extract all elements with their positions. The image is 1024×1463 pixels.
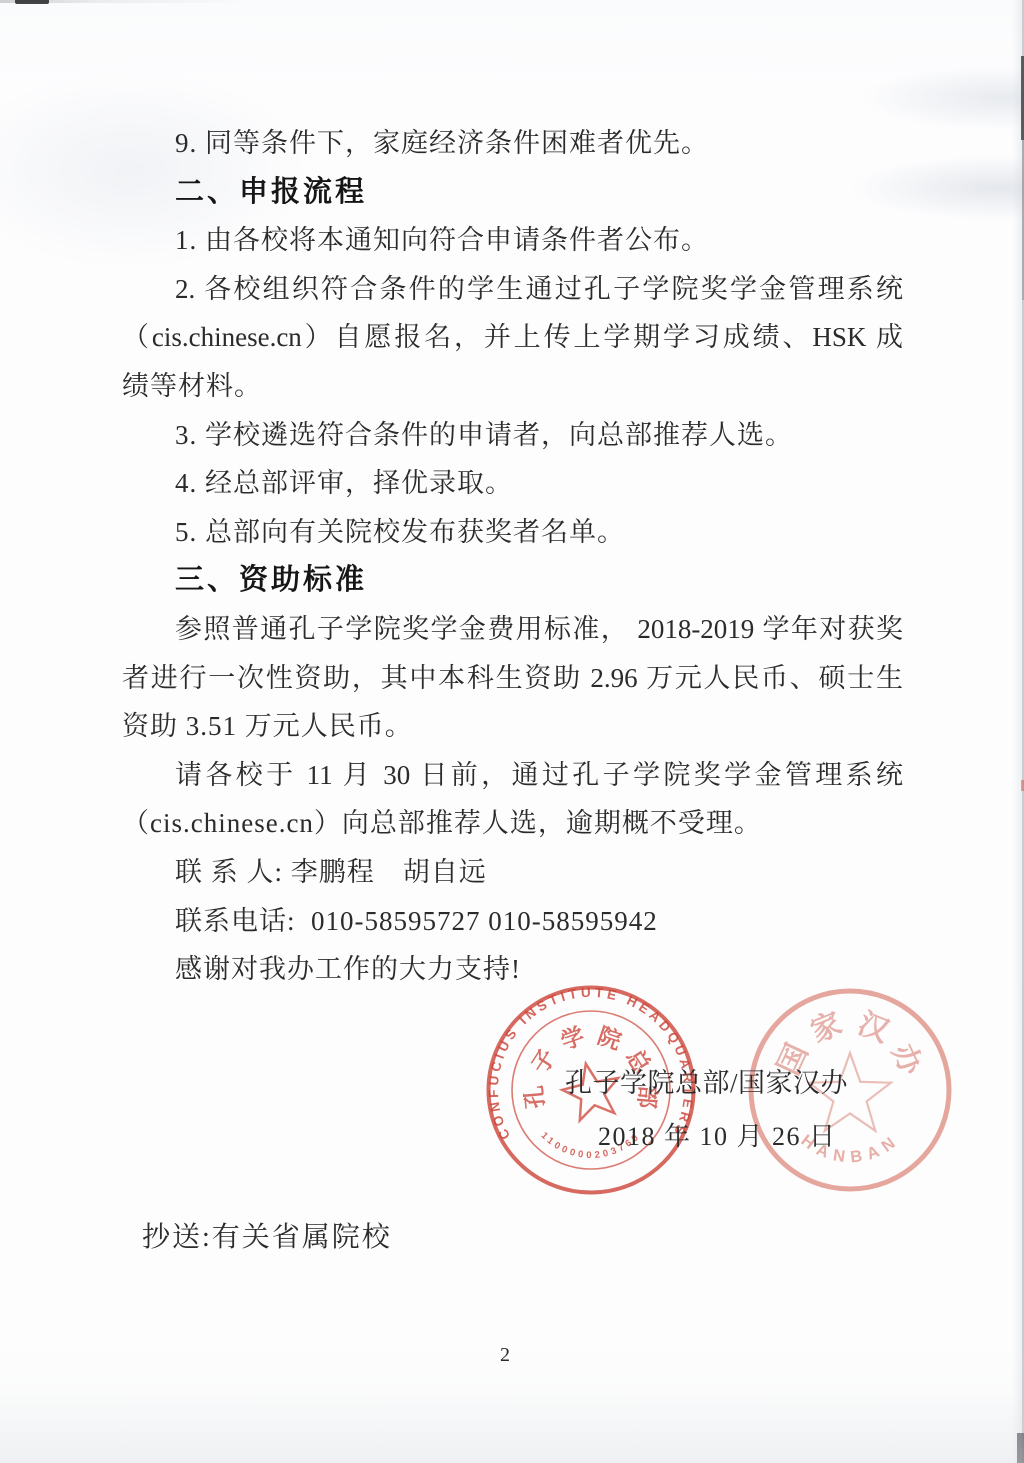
doc-line: 4. 经总部评审，择优录取。 (122, 459, 903, 508)
doc-line: 资助 3.51 万元人民币。 (122, 702, 903, 751)
doc-line: 参照普通孔子学院奖学金费用标准， 2018-2019 学年对获奖 (122, 605, 903, 654)
seal-char: 孔 (521, 1084, 549, 1109)
cc-line: 抄送:有关省属院校 (142, 1215, 392, 1255)
scan-edge-shadow (1012, 0, 1024, 1463)
scanned-document-page: CONFUCIUS INSTITUTE HEADQUARTERS 1100000… (0, 0, 1024, 1463)
doc-line: （cis.chinese.cn）自愿报名，并上传上学期学习成绩、HSK 成 (122, 313, 903, 362)
seal-char: 学 (557, 1022, 587, 1054)
contact-person-line: 联 系 人: 李鹏程 胡自远 (122, 848, 903, 897)
doc-line: 感谢对我办工作的大力支持! (122, 945, 903, 994)
doc-line: 者进行一次性资助，其中本科生资助 2.96 万元人民币、硕士生 (122, 654, 903, 703)
doc-line: （cis.chinese.cn）向总部推荐人选，逾期概不受理。 (122, 799, 903, 848)
scan-edge-shadow (0, 1393, 1024, 1463)
scan-artifact-mark (15, 0, 49, 4)
seal-char: 汉 (853, 1007, 894, 1049)
page-number: 2 (0, 1344, 1010, 1367)
document-body: 9. 同等条件下，家庭经济条件困难者优先。 二、申报流程 1. 由各校将本通知向… (122, 119, 903, 994)
doc-line: 1. 由各校将本通知向符合申请条件者公布。 (122, 216, 903, 265)
seal-char: 办 (885, 1039, 928, 1081)
contact-phone-line: 联系电话: 010-58595727 010-58595942 (122, 897, 903, 946)
scan-artifact-mark (0, 0, 250, 3)
signature-date: 2018 年 10 月 26 日 (598, 1116, 837, 1153)
doc-line: 3. 学校遴选符合条件的申请者，向总部推荐人选。 (122, 411, 903, 460)
seal-char: 家 (806, 1007, 846, 1049)
section-heading: 三、资助标准 (122, 556, 903, 605)
doc-line: 绩等材料。 (122, 362, 903, 411)
seal-char: 子 (527, 1045, 560, 1078)
signature-organization: 孔子学院总部/国家汉办 (565, 1061, 848, 1100)
scan-artifact-mark (1017, 1433, 1024, 1463)
doc-line: 2. 各校组织符合条件的学生通过孔子学院奖学金管理系统 (122, 265, 903, 314)
doc-line: 5. 总部向有关院校发布获奖者名单。 (122, 508, 903, 557)
seal-char: 院 (594, 1023, 624, 1054)
doc-line: 9. 同等条件下，家庭经济条件困难者优先。 (122, 119, 903, 168)
doc-line: 请各校于 11 月 30 日前，通过孔子学院奖学金管理系统 (122, 751, 903, 800)
section-heading: 二、申报流程 (122, 168, 903, 217)
